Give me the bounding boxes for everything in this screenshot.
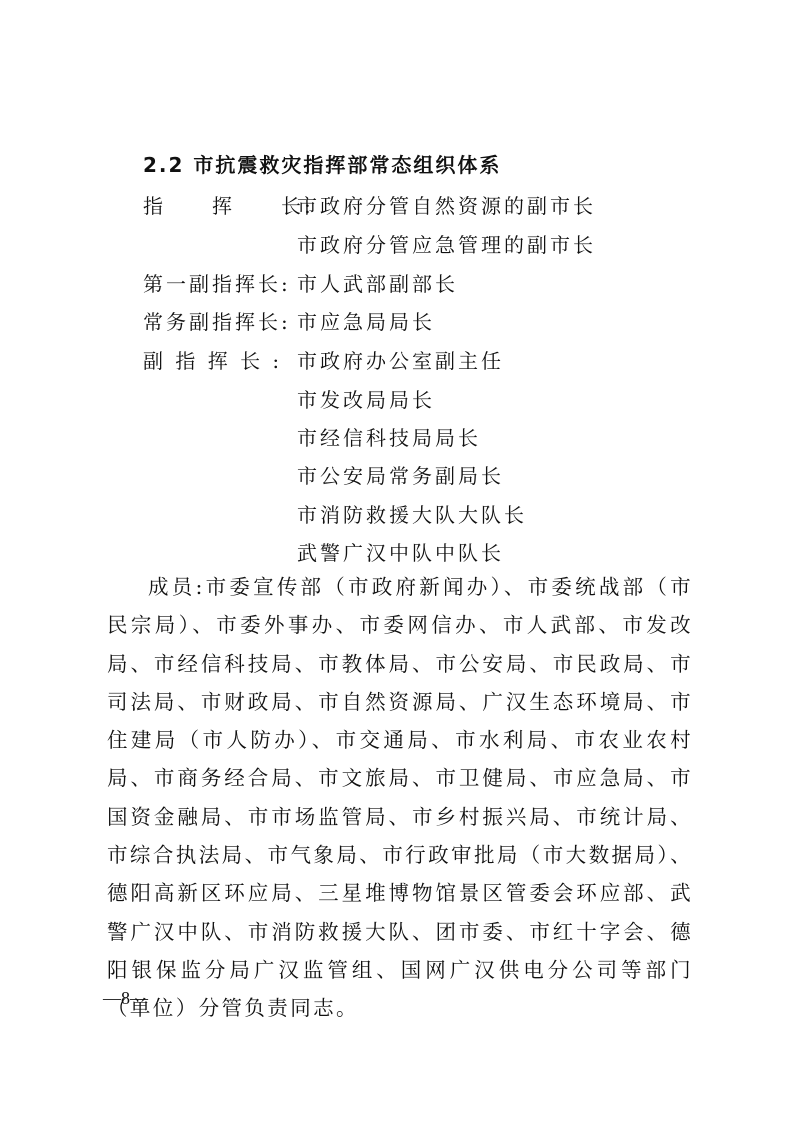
role-value: 市政府分管应急管理的副市长 <box>297 229 596 258</box>
role-value: 市公安局常务副局长 <box>297 460 504 489</box>
role-commander: 指 挥 长:市政府分管自然资源的副市长 <box>143 190 596 219</box>
role-value: 市消防救援大队大队长 <box>297 499 527 528</box>
role-label: 指 挥 长: <box>143 190 297 219</box>
role-label: 第一副指挥长: <box>143 268 297 297</box>
role-label: 常务副指挥长: <box>143 306 297 335</box>
role-value: 市发改局局长 <box>297 384 435 413</box>
role-deputy-cont: 市公安局常务副局长 <box>143 460 504 489</box>
page-number: —8— <box>103 988 148 1009</box>
role-deputy-cont: 市发改局局长 <box>143 384 435 413</box>
document-page: 2.2 市抗震救灾指挥部常态组织体系 指 挥 长:市政府分管自然资源的副市长 市… <box>0 0 793 1122</box>
role-value: 市应急局局长 <box>297 306 435 335</box>
role-value: 市人武部副部长 <box>297 268 458 297</box>
role-value: 武警广汉中队中队长 <box>297 537 504 566</box>
role-value: 市经信科技局局长 <box>297 422 481 451</box>
role-commander-cont: 市政府分管应急管理的副市长 <box>143 229 596 258</box>
members-paragraph: 成员:市委宣传部（市政府新闻办）、市委统战部（市民宗局）、市委外事办、市委网信办… <box>107 568 693 1028</box>
role-deputy-cont: 武警广汉中队中队长 <box>143 537 504 566</box>
role-value: 市政府分管自然资源的副市长 <box>297 190 596 219</box>
role-first-deputy: 第一副指挥长:市人武部副部长 <box>143 268 458 297</box>
role-executive-deputy: 常务副指挥长:市应急局局长 <box>143 306 435 335</box>
section-heading: 2.2 市抗震救灾指挥部常态组织体系 <box>143 149 501 178</box>
role-value: 市政府办公室副主任 <box>297 345 504 374</box>
role-deputy-cont: 市消防救援大队大队长 <box>143 499 527 528</box>
role-label: 副 指 挥 长 : <box>143 345 297 374</box>
role-deputy: 副 指 挥 长 :市政府办公室副主任 <box>143 345 504 374</box>
role-deputy-cont: 市经信科技局局长 <box>143 422 481 451</box>
